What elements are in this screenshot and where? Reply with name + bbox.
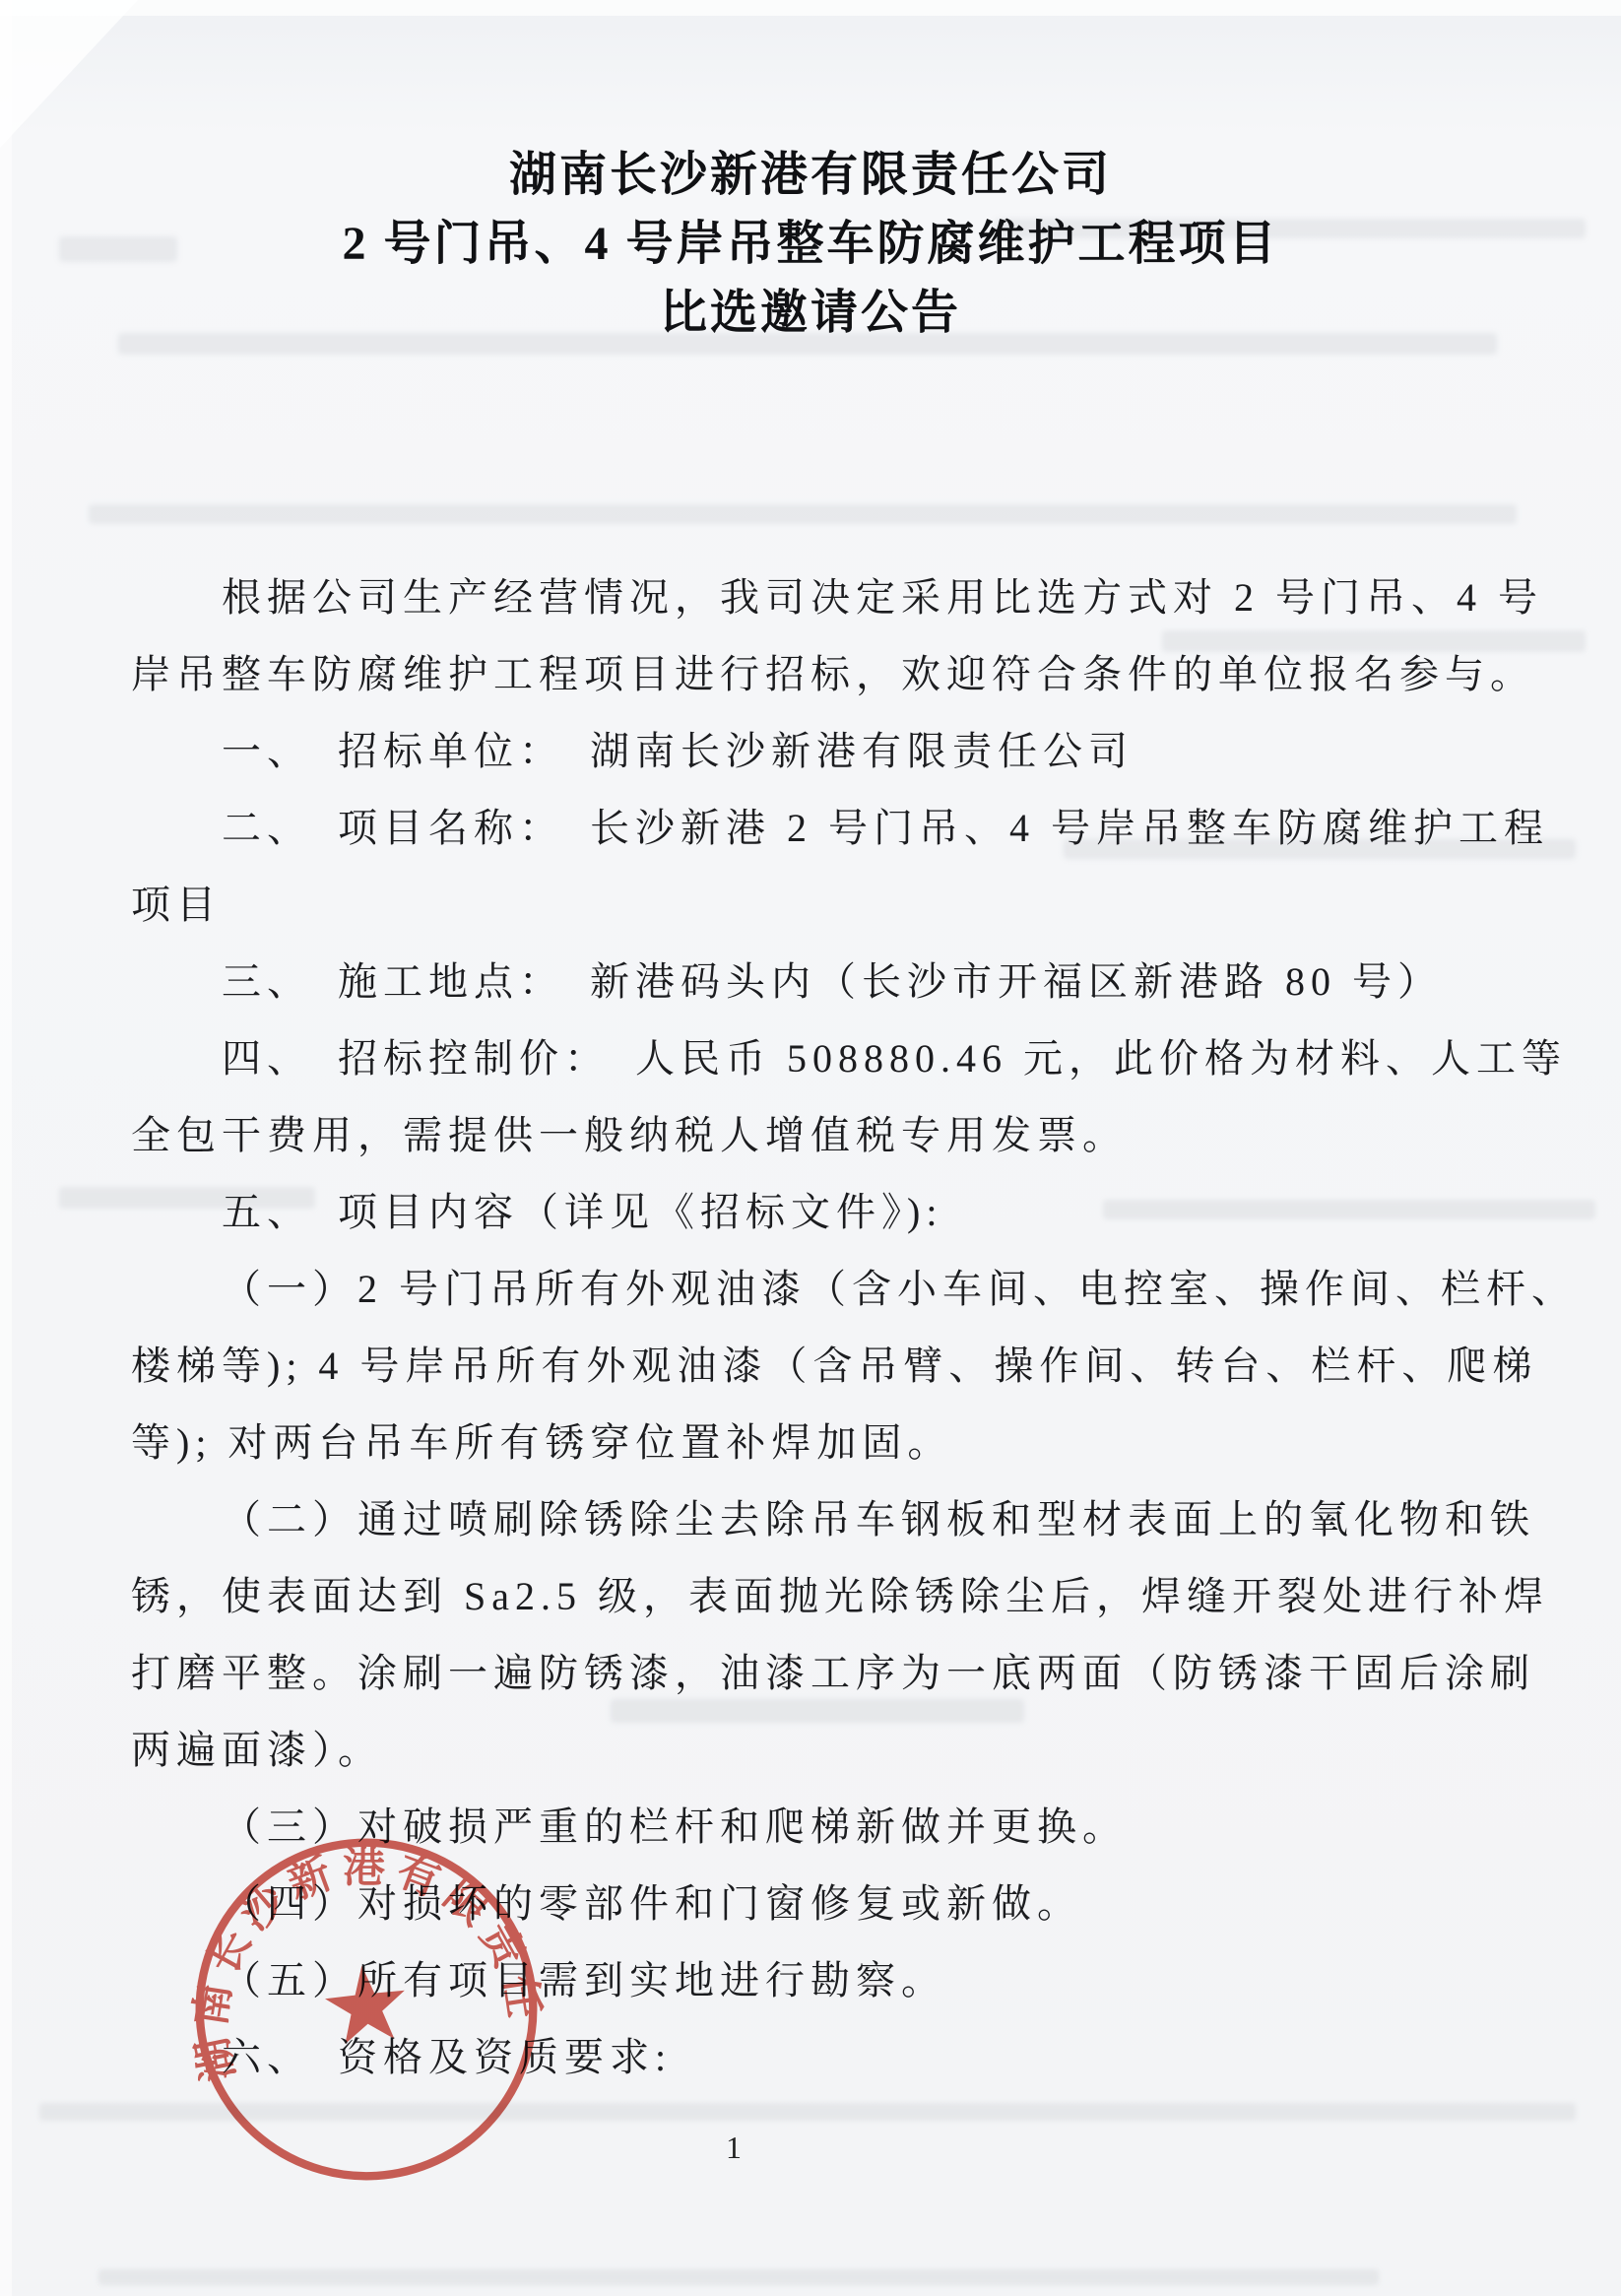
body-line: 二、 项目名称： 长沙新港 2 号门吊、4 号岸吊整车防腐维护工程 (131, 790, 1569, 867)
bleed-through-smudge (89, 504, 1517, 524)
document-title-line3: 比选邀请公告 (0, 279, 1621, 348)
body-line: 根据公司生产经营情况，我司决定采用比选方式对 2 号门吊、4 号 (131, 559, 1569, 636)
body-line: 四、 招标控制价： 人民币 508880.46 元，此价格为材料、人工等 (131, 1020, 1569, 1097)
body-line: 三、 施工地点： 新港码头内（长沙市开福区新港路 80 号） (131, 944, 1569, 1020)
body-line: 锈，使表面达到 Sa2.5 级，表面抛光除锈除尘后，焊缝开裂处进行补焊 (131, 1558, 1569, 1635)
body-line: （二）通过喷刷除锈除尘去除吊车钢板和型材表面上的氧化物和铁 (131, 1481, 1569, 1558)
page-number: 1 (684, 2130, 783, 2166)
body-line: 项目 (131, 867, 1569, 944)
body-line: 两遍面漆）。 (131, 1712, 1569, 1789)
body-line: （一）2 号门吊所有外观油漆（含小车间、电控室、操作间、栏杆、 (131, 1251, 1569, 1328)
document-title-line1: 湖南长沙新港有限责任公司 (0, 141, 1621, 210)
scan-corner-wedge (0, 0, 138, 148)
body-line: 五、 项目内容（详见《招标文件》): (131, 1174, 1569, 1251)
scan-edge-top (0, 0, 1621, 16)
body-line: 楼梯等); 4 号岸吊所有外观油漆（含吊臂、操作间、转台、栏杆、爬梯 (131, 1328, 1569, 1405)
seal-star-icon (322, 1961, 410, 2045)
document-title-line2: 2 号门吊、4 号岸吊整车防腐维护工程项目 (0, 210, 1621, 279)
body-line: 岸吊整车防腐维护工程项目进行招标，欢迎符合条件的单位报名参与。 (131, 636, 1569, 713)
body-line: 打磨平整。涂刷一遍防锈漆，油漆工序为一底两面（防锈漆干固后涂刷 (131, 1635, 1569, 1712)
company-seal-stamp: 湖南长沙新港有限责任公司 (165, 1808, 568, 2211)
body-line: 全包干费用，需提供一般纳税人增值税专用发票。 (131, 1097, 1569, 1174)
seal-text: 湖南长沙新港有限责任公司 (165, 1808, 552, 2088)
scanned-document-page: 湖南长沙新港有限责任公司 2 号门吊、4 号岸吊整车防腐维护工程项目 比选邀请公… (0, 0, 1621, 2296)
bleed-through-smudge (98, 2269, 1379, 2285)
body-line: 等); 对两台吊车所有锈穿位置补焊加固。 (131, 1405, 1569, 1481)
body-line: 一、 招标单位： 湖南长沙新港有限责任公司 (131, 713, 1569, 790)
document-title: 湖南长沙新港有限责任公司 2 号门吊、4 号岸吊整车防腐维护工程项目 比选邀请公… (0, 141, 1621, 348)
